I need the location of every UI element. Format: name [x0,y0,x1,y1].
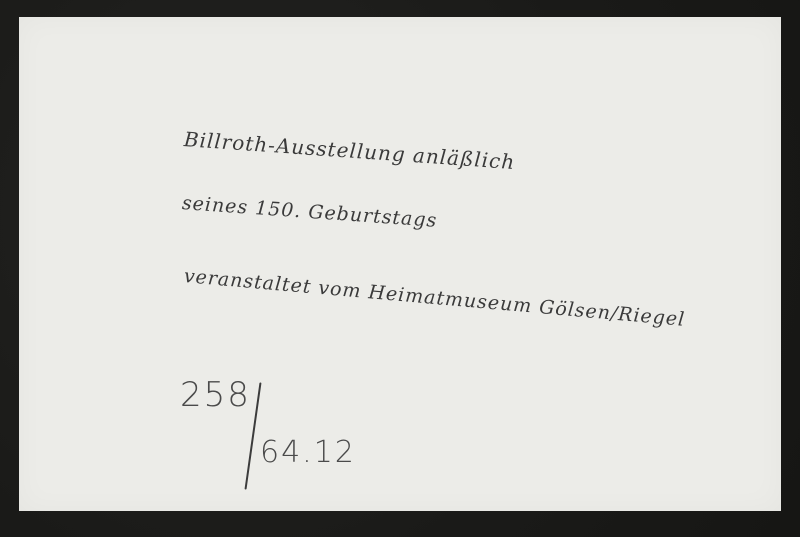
catalog-number-bottom: 64.12 [260,435,356,470]
handwritten-line-1: Billroth-Ausstellung anläßlich [183,127,516,174]
handwritten-line-2: seines 150. Geburtstags [181,192,438,232]
catalog-number-top: 258 [180,375,251,415]
handwritten-line-3: veranstaltet vom Heimatmuseum Gölsen/Rie… [183,265,686,331]
scan-background: Billroth-Ausstellung anläßlich seines 15… [0,0,800,537]
index-card: Billroth-Ausstellung anläßlich seines 15… [19,17,781,511]
